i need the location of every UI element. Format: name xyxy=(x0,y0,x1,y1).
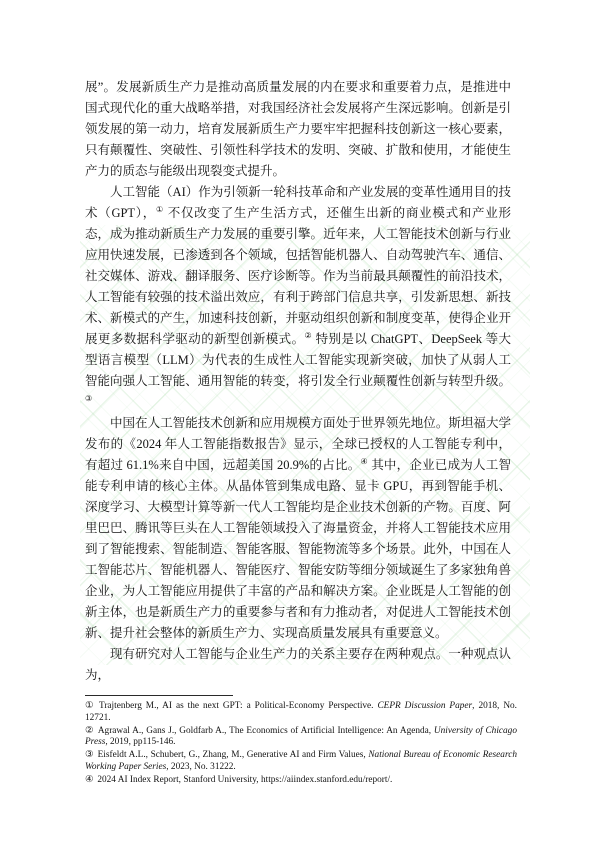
footnote-journal: CEPR Discussion Paper xyxy=(377,701,472,711)
footnote-marker-2: ② xyxy=(85,726,94,736)
footnote-marker-1: ① xyxy=(85,701,95,711)
footnote-text: , 2019, pp115-146. xyxy=(105,737,175,747)
footnote-text: Trajtenberg M., AI as the next GPT: a Po… xyxy=(99,701,377,711)
footnote-4: ④2024 AI Index Report, Stanford Universi… xyxy=(85,775,517,787)
footnote-text: Agrawal A., Gans J., Goldfarb A., The Ec… xyxy=(98,726,434,736)
body-paragraph-1: 展”。发展新质生产力是推动高质量发展的内在要求和重要着力点，是推进中国式现代化的… xyxy=(85,77,511,182)
footnote-ref-1: ① xyxy=(156,205,164,214)
body-paragraph-2: 人工智能（AI）作为引领新一轮科技革命和产业发展的变革性通用目的技术（GPT），… xyxy=(85,182,511,413)
paragraph-text: 展”。发展新质生产力是推动高质量发展的内在要求和重要着力点，是推进中国式现代化的… xyxy=(85,80,511,178)
footnotes-section: ①Trajtenberg M., AI as the next GPT: a P… xyxy=(85,701,517,788)
body-paragraph-3: 中国在人工智能技术创新和应用规模方面处于世界领先地位。斯坦福大学发布的《2024… xyxy=(85,413,511,644)
document-page: 展”。发展新质生产力是推动高质量发展的内在要求和重要着力点，是推进中国式现代化的… xyxy=(0,0,594,841)
footnote-1: ①Trajtenberg M., AI as the next GPT: a P… xyxy=(85,701,517,725)
footnote-text: Eisfeldt A.L., Schubert, G., Zhang, M., … xyxy=(98,750,369,760)
footnote-3: ③Eisfeldt A.L., Schubert, G., Zhang, M.,… xyxy=(85,750,517,774)
body-paragraph-4: 现有研究对人工智能与企业生产力的关系主要存在两种观点。一种观点认为， xyxy=(85,644,511,686)
footnote-text: , 2023, No. 31222. xyxy=(166,762,235,772)
paragraph-text: 现有研究对人工智能与企业生产力的关系主要存在两种观点。一种观点认为， xyxy=(85,647,511,682)
paragraph-text: 其中，企业已成为人工智能专利申请的核心主体。从晶体管到集成电路、显卡 GPU，再… xyxy=(85,458,511,640)
footnote-marker-4: ④ xyxy=(85,775,93,785)
footnote-2: ②Agrawal A., Gans J., Goldfarb A., The E… xyxy=(85,726,517,750)
document-body: 展”。发展新质生产力是推动高质量发展的内在要求和重要着力点，是推进中国式现代化的… xyxy=(85,77,511,686)
footnote-ref-2: ② xyxy=(305,331,313,340)
footnote-ref-3: ③ xyxy=(85,394,92,403)
footnote-marker-3: ③ xyxy=(85,750,94,760)
paragraph-text: 不仅改变了生产生活方式，还催生出新的商业模式和产业形态，成为推动新质生产力发展的… xyxy=(85,206,511,346)
footnote-text: 2024 AI Index Report, Stanford Universit… xyxy=(97,775,392,785)
footnote-separator xyxy=(85,695,233,696)
footnote-ref-4: ④ xyxy=(360,457,367,466)
